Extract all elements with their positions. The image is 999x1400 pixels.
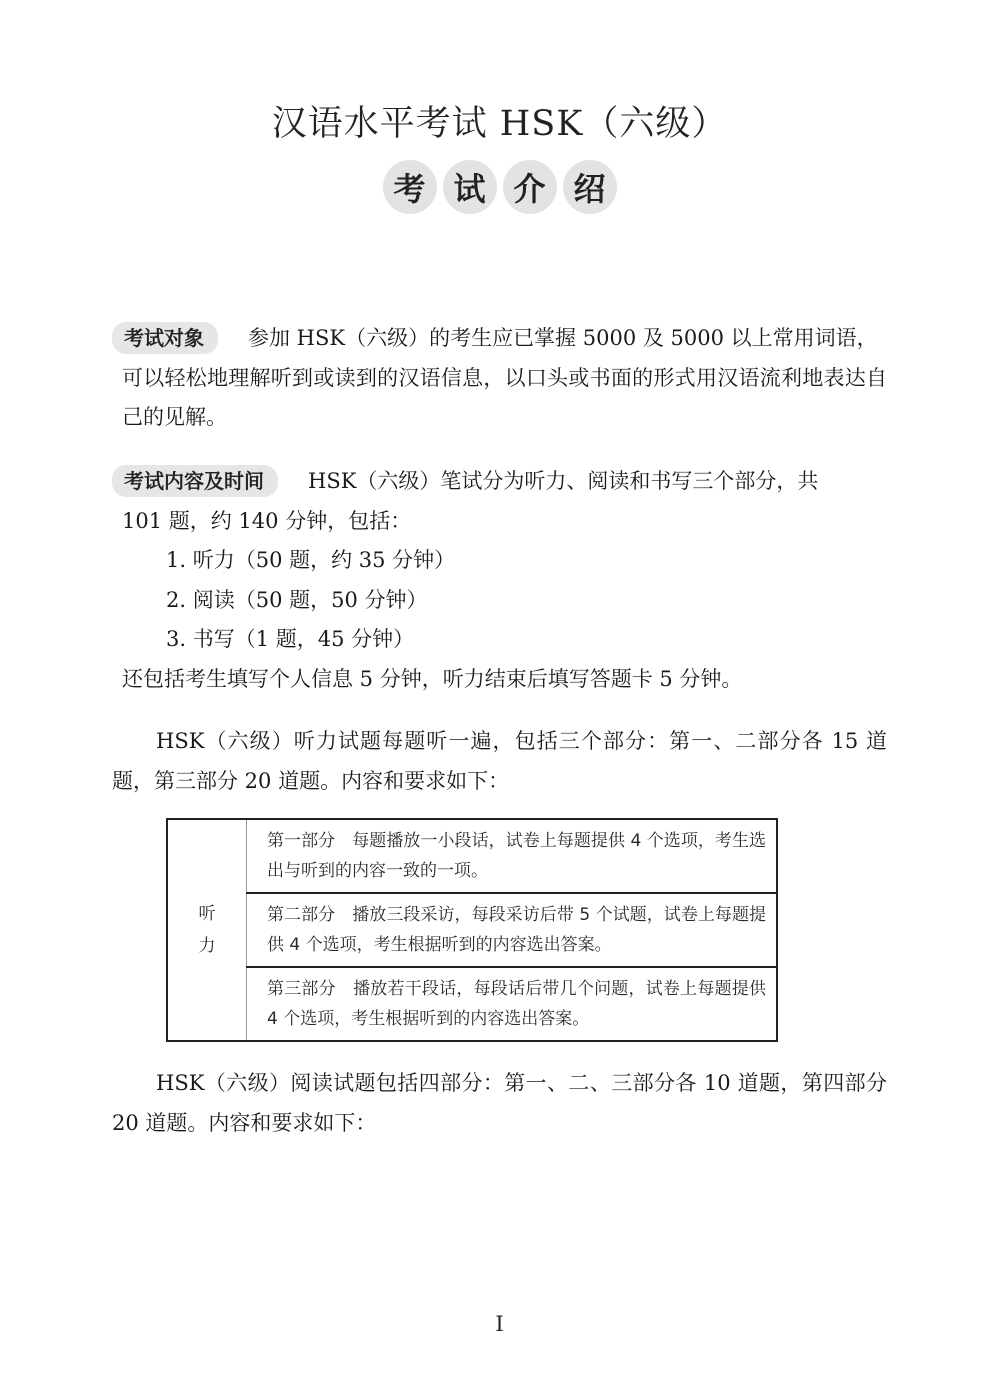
listening-intro: HSK（六级）听力试题每题听一遍，包括三个部分：第一、二部分各 15 道题，第三… (112, 722, 887, 801)
page-number: I (0, 1312, 999, 1336)
heading-char: 介 (503, 160, 557, 214)
listening-section-label: 听 力 (167, 819, 247, 1041)
table-cell: 第二部分 播放三段采访，每段采访后带 5 个试题，试卷上每题提供 4 个选项，考… (247, 893, 778, 967)
content-note: 还包括考生填写个人信息 5 分钟，听力结束后填写答题卡 5 分钟。 (112, 660, 887, 700)
page-title: 汉语水平考试 HSK（六级） (0, 96, 999, 146)
content-item: 3. 书写（1 题，45 分钟） (112, 620, 887, 660)
table-row: 第三部分 播放若干段话，每段话后带几个问题，试卷上每题提供 4 个选项，考生根据… (167, 967, 777, 1041)
part-desc: 播放若干段话，每段话后带几个问题，试卷上每题提供 4 个选项，考生根据听到的内容… (267, 979, 766, 1029)
target-text-rest: 可以轻松地理解听到或读到的汉语信息，以口头或书面的形式用汉语流利地表达自己的见解… (112, 359, 887, 438)
part-desc: 播放三段采访，每段采访后带 5 个试题，试卷上每题提供 4 个选项，考生根据听到… (267, 905, 766, 955)
content-text-line1: HSK（六级）笔试分为听力、阅读和书写三个部分，共 (308, 469, 818, 493)
table-cell: 第一部分 每题播放一小段话，试卷上每题提供 4 个选项，考生选出与听到的内容一致… (247, 819, 778, 893)
part-name: 第三部分 (267, 979, 336, 999)
listening-table: 听 力 第一部分 每题播放一小段话，试卷上每题提供 4 个选项，考生选出与听到的… (166, 818, 778, 1042)
table-cell: 第三部分 播放若干段话，每段话后带几个问题，试卷上每题提供 4 个选项，考生根据… (247, 967, 778, 1041)
content-text-line2: 101 题，约 140 分钟，包括： (112, 502, 887, 542)
target-label: 考试对象 (112, 322, 218, 354)
content-label: 考试内容及时间 (112, 465, 278, 497)
heading-char: 考 (383, 160, 437, 214)
target-section: 考试对象参加 HSK（六级）的考生应已掌握 5000 及 5000 以上常用词语… (112, 319, 887, 438)
table-row: 听 力 第一部分 每题播放一小段话，试卷上每题提供 4 个选项，考生选出与听到的… (167, 819, 777, 893)
part-desc: 每题播放一小段话，试卷上每题提供 4 个选项，考生选出与听到的内容一致的一项。 (267, 831, 766, 881)
heading-char: 试 (443, 160, 497, 214)
target-text-line1: 参加 HSK（六级）的考生应已掌握 5000 及 5000 以上常用词语， (248, 326, 878, 350)
part-name: 第一部分 (267, 831, 335, 851)
table-row: 第二部分 播放三段采访，每段采访后带 5 个试题，试卷上每题提供 4 个选项，考… (167, 893, 777, 967)
content-section: 考试内容及时间HSK（六级）笔试分为听力、阅读和书写三个部分，共 101 题，约… (112, 462, 887, 699)
part-name: 第二部分 (267, 905, 335, 925)
content-item: 1. 听力（50 题，约 35 分钟） (112, 541, 887, 581)
label-char: 力 (168, 930, 246, 962)
label-char: 听 (168, 898, 246, 930)
content-item: 2. 阅读（50 题，50 分钟） (112, 581, 887, 621)
heading-char: 绍 (563, 160, 617, 214)
section-heading: 考 试 介 绍 (0, 160, 999, 214)
reading-intro: HSK（六级）阅读试题包括四部分：第一、二、三部分各 10 道题，第四部分 20… (112, 1064, 887, 1143)
